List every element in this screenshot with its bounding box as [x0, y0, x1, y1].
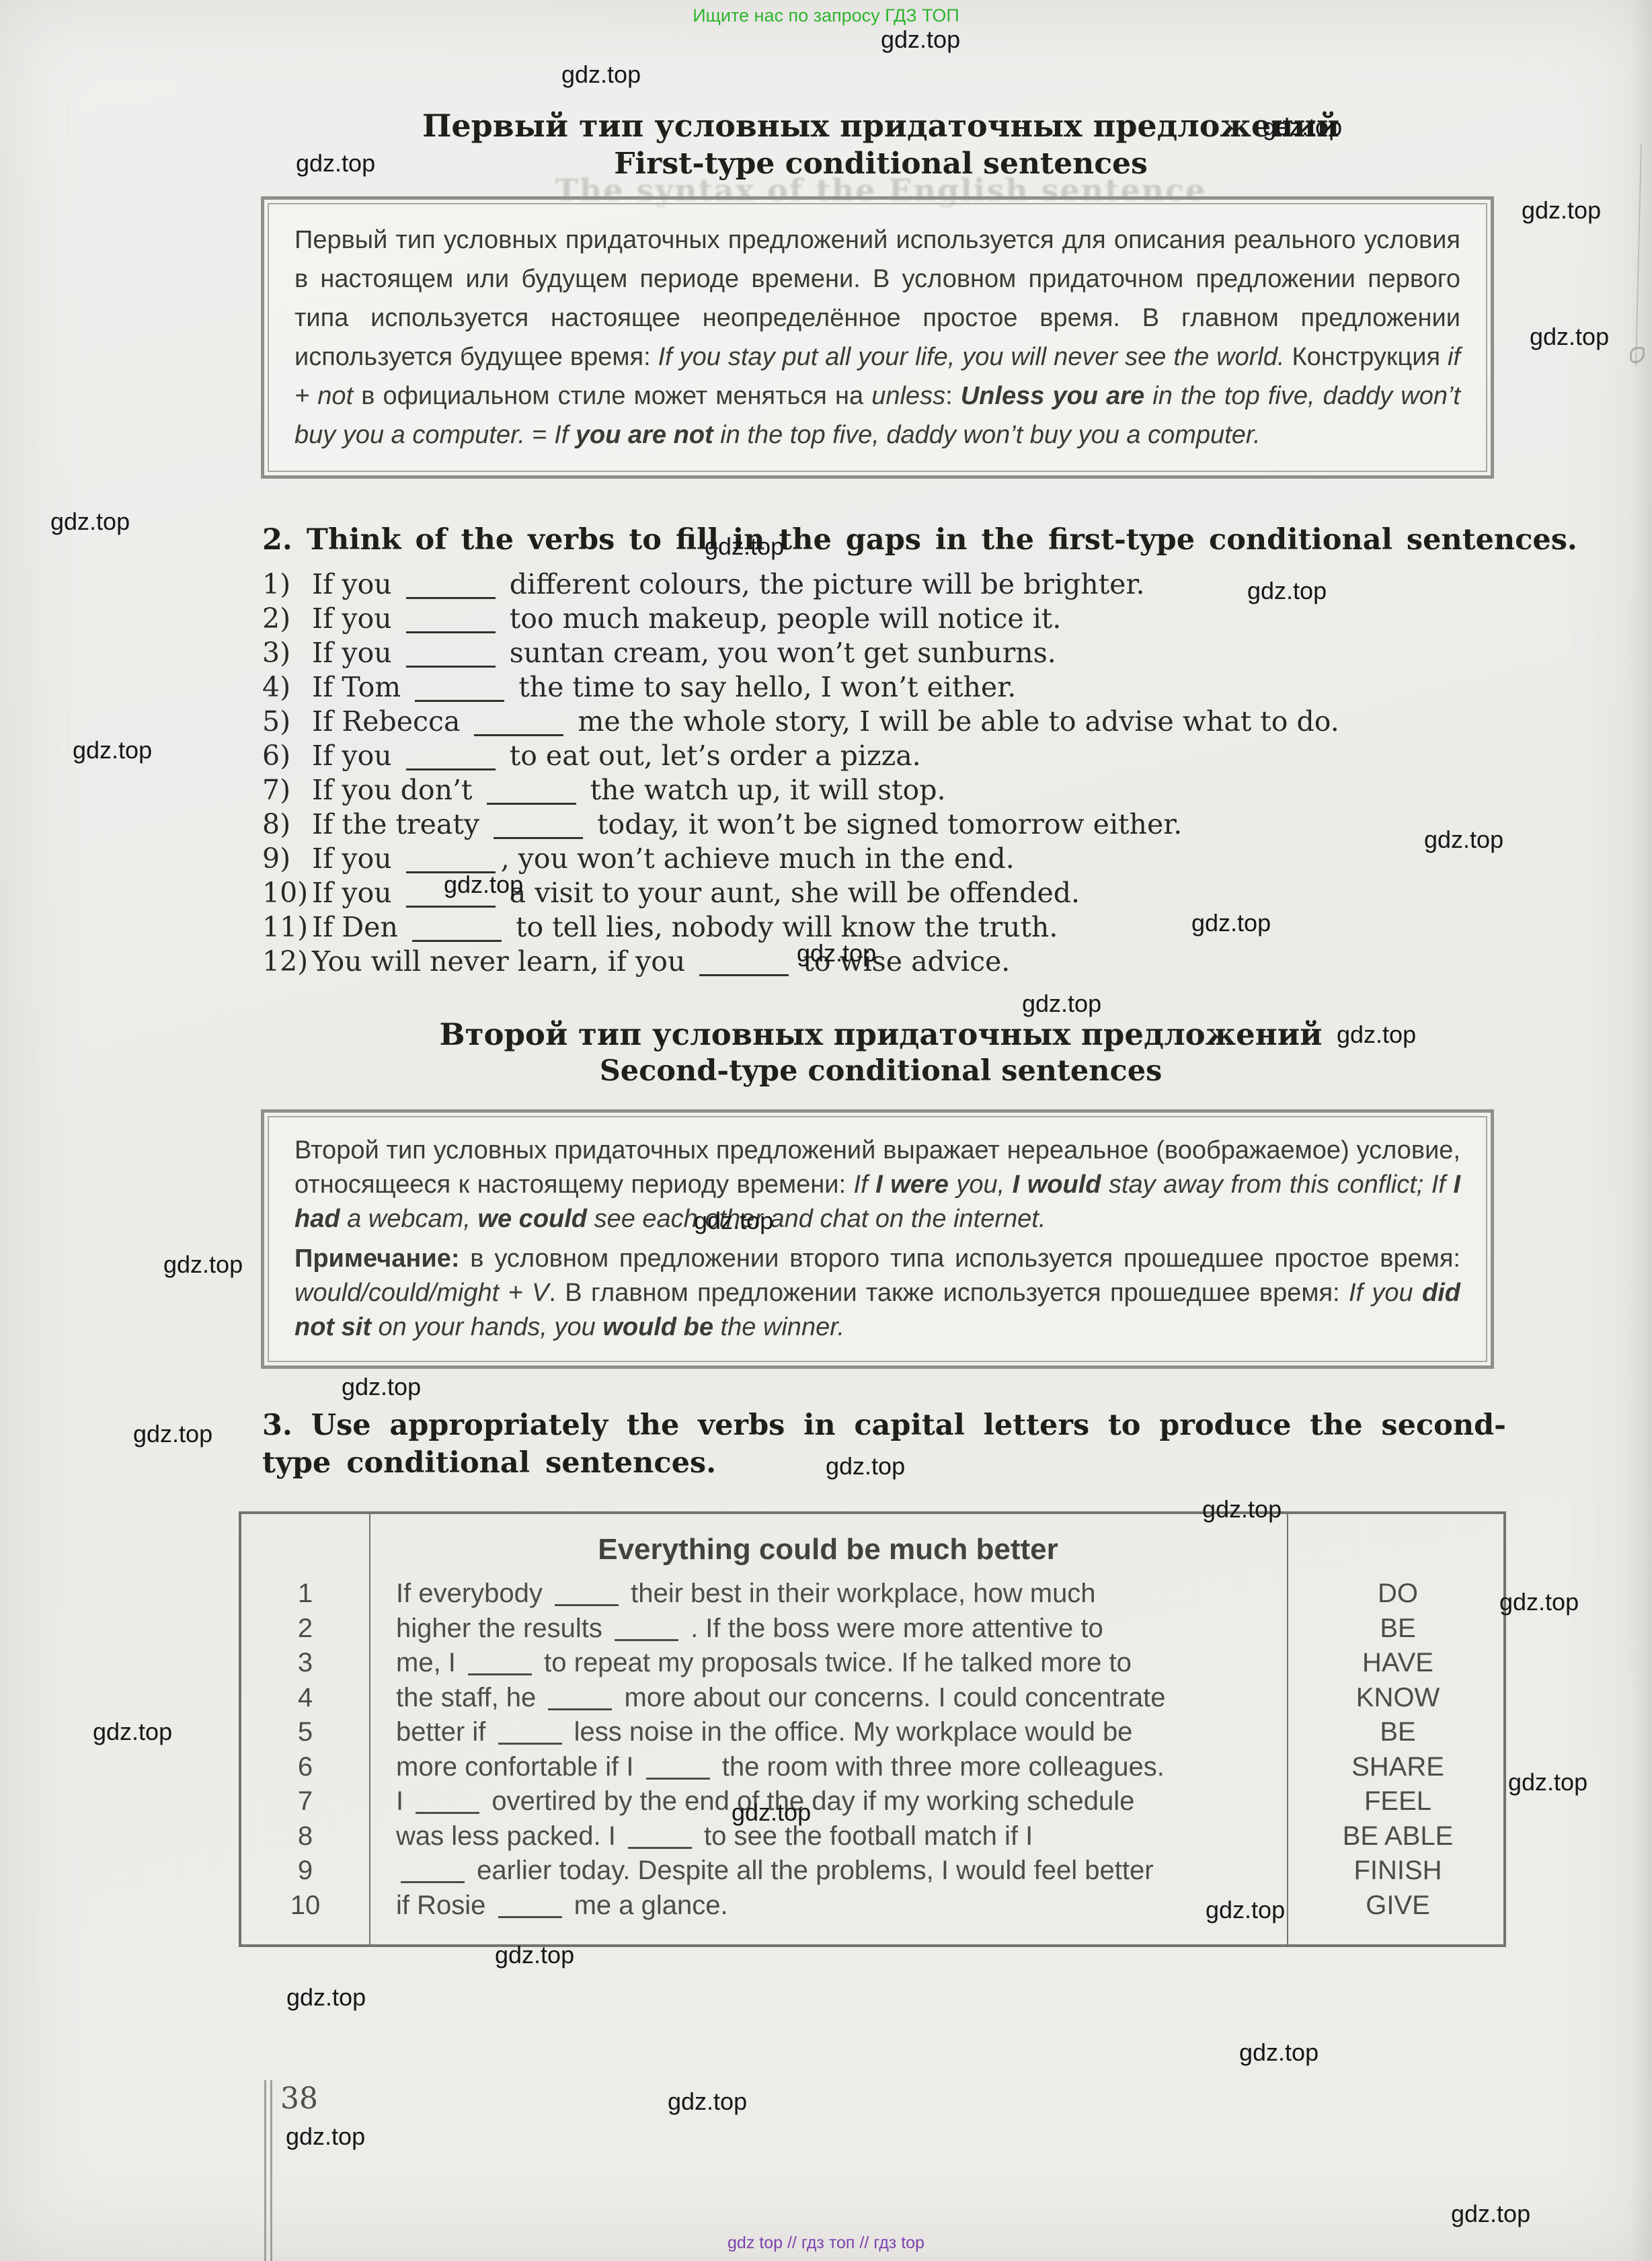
exercise2-item: 6)If you to eat out, let’s order a pizza… [262, 740, 1526, 774]
row-number: 7 [241, 1786, 369, 1817]
gap-blank [699, 970, 789, 976]
table-row: 3me, I to repeat my proposals twice. If … [241, 1648, 1503, 1683]
item-number: 1) [262, 568, 312, 600]
gap-blank [548, 1704, 612, 1710]
item-number: 5) [262, 705, 312, 738]
rule-text-segment: would/could/might + V [294, 1279, 549, 1307]
table-title: Everything could be much better [369, 1533, 1287, 1566]
gap-blank [628, 1843, 692, 1849]
rule-box-second-conditional-text: Второй тип условных придаточных предложе… [268, 1116, 1487, 1362]
exercise3-table: Everything could be much better 1If ever… [239, 1511, 1506, 1947]
gdz-watermark: gdz.top [342, 1373, 421, 1401]
rule-text-segment: If you stay put all your life, you will … [658, 343, 1285, 371]
item-text: If the treaty today, it won’t be signed … [312, 808, 1182, 840]
section1-title-russian: Первый тип условных придаточных предложе… [208, 108, 1553, 144]
gdz-watermark: gdz.top [1337, 1021, 1416, 1049]
row-verb-capital: DO [1287, 1579, 1509, 1609]
row-text: if Rosie me a glance. [369, 1891, 1287, 1921]
gdz-watermark: gdz.top [1508, 1768, 1587, 1796]
gap-blank [412, 936, 502, 942]
row-verb-capital: GIVE [1287, 1891, 1509, 1921]
exercise2-item: 2)If you too much makeup, people will no… [262, 602, 1526, 637]
row-number: 2 [241, 1614, 369, 1644]
gdz-watermark: gdz.top [1451, 2200, 1530, 2228]
row-number: 5 [241, 1717, 369, 1747]
item-text: If you don’t the watch up, it will stop. [312, 774, 946, 806]
exercise2-item: 1)If you different colours, the picture … [262, 568, 1526, 602]
table-row: 4the staff, he more about our concerns. … [241, 1683, 1503, 1718]
rule-paragraph: Второй тип условных придаточных предложе… [294, 1134, 1460, 1236]
gdz-watermark: gdz.top [444, 871, 523, 899]
page-curl-line [1635, 145, 1642, 366]
gdz-watermark: gdz.top [1247, 577, 1327, 605]
rule-text-segment: the winner. [713, 1313, 844, 1341]
gdz-watermark: gdz.top [1263, 113, 1342, 141]
rule-text-segment: stay away from this conflict; If [1101, 1171, 1453, 1199]
gap-blank [646, 1774, 710, 1780]
gdz-watermark: gdz.top [1522, 196, 1601, 225]
item-text: You will never learn, if you to wise adv… [312, 945, 1010, 978]
rule-text-segment: we could [477, 1205, 587, 1233]
gap-blank [494, 833, 583, 839]
row-verb-capital: FINISH [1287, 1856, 1509, 1886]
item-number: 9) [262, 842, 312, 875]
gap-blank [406, 593, 496, 599]
rule-text-segment: If [854, 1171, 876, 1199]
exercise2-item: 12)You will never learn, if you to wise … [262, 945, 1526, 980]
footer-watermark-text: gdz top // гдз топ // гдз top [0, 2233, 1652, 2253]
row-verb-capital: BE ABLE [1287, 1821, 1509, 1852]
gap-blank [406, 662, 496, 668]
rule-text-segment: Примечание: [294, 1244, 459, 1273]
table-row: 8was less packed. I to see the football … [241, 1821, 1503, 1856]
row-number: 8 [241, 1821, 369, 1852]
row-number: 6 [241, 1752, 369, 1782]
item-text: If you a visit to your aunt, she will be… [312, 877, 1080, 909]
gdz-watermark: gdz.top [1499, 1588, 1579, 1616]
gap-blank [615, 1635, 678, 1641]
table-row: 6more confortable if I the room with thr… [241, 1752, 1503, 1787]
rule-text-segment: Конструкция [1285, 343, 1448, 371]
gdz-watermark: gdz.top [133, 1420, 212, 1448]
gdz-watermark: gdz.top [296, 149, 375, 177]
gdz-watermark: gdz.top [1239, 2038, 1319, 2067]
table-row: 7I overtired by the end of the day if my… [241, 1786, 1503, 1821]
row-number: 1 [241, 1579, 369, 1609]
exercise2-item: 7)If you don’t the watch up, it will sto… [262, 774, 1526, 808]
gap-blank [498, 1739, 562, 1745]
gap-blank [415, 696, 504, 702]
exercise2-item: 8)If the treaty today, it won’t be signe… [262, 808, 1526, 842]
row-verb-capital: KNOW [1287, 1683, 1509, 1713]
rule-text-segment: see each other and chat on the internet. [587, 1205, 1046, 1233]
item-number: 12) [262, 945, 312, 978]
rule-box-second-conditional: Второй тип условных придаточных предложе… [261, 1109, 1494, 1369]
gap-blank [416, 1808, 479, 1814]
exercise2-heading: 2. Think of the verbs to fill in the gap… [262, 523, 1506, 557]
row-verb-capital: HAVE [1287, 1648, 1509, 1678]
exercise2-item: 11)If Den to tell lies, nobody will know… [262, 911, 1526, 945]
gap-blank [406, 902, 496, 908]
rule-text-segment: в официальном стиле может меняться на [353, 382, 871, 410]
row-verb-capital: SHARE [1287, 1752, 1509, 1782]
row-number: 10 [241, 1891, 369, 1921]
item-number: 10) [262, 877, 312, 909]
gdz-watermark: gdz.top [495, 1941, 574, 1969]
item-number: 3) [262, 637, 312, 669]
rule-text-segment: I were [875, 1171, 949, 1199]
gap-blank [401, 1877, 465, 1883]
row-text: the staff, he more about our concerns. I… [369, 1683, 1287, 1713]
gdz-watermark: gdz.top [1530, 323, 1609, 351]
row-text: me, I to repeat my proposals twice. If h… [369, 1648, 1287, 1678]
row-number: 3 [241, 1648, 369, 1678]
rule-text-segment: в условном предложении второго типа испо… [459, 1244, 1460, 1273]
rule-text-segment: Unless you are [961, 382, 1144, 410]
gdz-watermark: gdz.top [561, 61, 641, 89]
table-row: 9 earlier today. Despite all the problem… [241, 1856, 1503, 1891]
gdz-watermark: gdz.top [163, 1251, 243, 1279]
row-text: better if less noise in the office. My w… [369, 1717, 1287, 1747]
row-number: 9 [241, 1856, 369, 1886]
item-text: If you different colours, the picture wi… [312, 568, 1145, 600]
row-text: If everybody their best in their workpla… [369, 1579, 1287, 1609]
rule-text-segment: If [554, 421, 576, 449]
gdz-watermark: gdz.top [826, 1452, 905, 1480]
gdz-watermark: gdz.top [286, 2123, 365, 2151]
gap-blank [498, 1912, 562, 1918]
item-text: If you suntan cream, you won’t get sunbu… [312, 637, 1056, 669]
gdz-watermark: gdz.top [1022, 990, 1101, 1018]
gdz-watermark: gdz.top [881, 26, 960, 54]
rule-text-segment: a webcam, [340, 1205, 478, 1233]
rule-text-segment: would be [602, 1313, 713, 1341]
item-text: If Rebecca me the whole story, I will be… [312, 705, 1339, 738]
exercise2-item: 3)If you suntan cream, you won’t get sun… [262, 637, 1526, 671]
gap-blank [406, 764, 496, 770]
item-number: 11) [262, 911, 312, 943]
row-text: was less packed. I to see the football m… [369, 1821, 1287, 1852]
gdz-watermark: gdz.top [1191, 909, 1271, 937]
gdz-watermark: gdz.top [1206, 1896, 1285, 1924]
gap-blank [555, 1600, 619, 1606]
table-row: 1If everybody their best in their workpl… [241, 1579, 1503, 1614]
gdz-watermark: gdz.top [694, 1207, 773, 1235]
scanned-textbook-page: Ищите нас по запросу ГДЗ ТОП Первый тип … [0, 0, 1652, 2261]
row-text: I overtired by the end of the day if my … [369, 1786, 1287, 1817]
rule-text-segment: on your hands, you [371, 1313, 602, 1341]
gdz-watermark: gdz.top [50, 508, 130, 536]
page-scan-smudge [1630, 347, 1645, 363]
table-row: 2higher the results . If the boss were m… [241, 1614, 1503, 1649]
top-banner-text: Ищите нас по запросу ГДЗ ТОП [0, 5, 1652, 26]
item-number: 4) [262, 671, 312, 703]
item-text: If you too much makeup, people will noti… [312, 602, 1061, 635]
item-number: 6) [262, 740, 312, 772]
gdz-watermark: gdz.top [668, 2088, 747, 2116]
rule-text-segment: = [525, 421, 554, 449]
gap-blank [487, 799, 576, 805]
item-number: 8) [262, 808, 312, 840]
table-row: 5better if less noise in the office. My … [241, 1717, 1503, 1752]
rule-box-first-conditional-text: Первый тип условных придаточных предложе… [268, 203, 1487, 472]
rule-text-segment: : [945, 382, 961, 410]
section2-title-english: Second-type conditional sentences [208, 1054, 1553, 1088]
item-text: If Den to tell lies, nobody will know th… [312, 911, 1058, 943]
gdz-watermark: gdz.top [1202, 1495, 1282, 1523]
gap-blank [406, 627, 496, 633]
gap-blank [468, 1669, 532, 1675]
row-verb-capital: FEEL [1287, 1786, 1509, 1817]
exercise2-item: 5)If Rebecca me the whole story, I will … [262, 705, 1526, 740]
item-text: If Tom the time to say hello, I won’t ei… [312, 671, 1016, 703]
item-number: 7) [262, 774, 312, 806]
item-text: If you to eat out, let’s order a pizza. [312, 740, 921, 772]
page-number: 38 [280, 2081, 318, 2116]
item-number: 2) [262, 602, 312, 635]
row-text: higher the results . If the boss were mo… [369, 1614, 1287, 1644]
rule-text-segment: If you [1349, 1279, 1422, 1307]
gdz-watermark: gdz.top [73, 736, 152, 764]
gdz-watermark: gdz.top [797, 939, 876, 967]
row-number: 4 [241, 1683, 369, 1713]
table-rows: 1If everybody their best in their workpl… [241, 1579, 1503, 1925]
row-verb-capital: BE [1287, 1614, 1509, 1644]
gdz-watermark: gdz.top [93, 1718, 172, 1746]
table-row: 10if Rosie me a glance.GIVE [241, 1891, 1503, 1926]
gdz-watermark: gdz.top [286, 1983, 366, 2012]
gdz-watermark: gdz.top [705, 532, 784, 561]
rule-text-segment: . В главном предложении также использует… [549, 1279, 1349, 1307]
rule-text-segment: you are not [576, 421, 713, 449]
exercise2-item: 4)If Tom the time to say hello, I won’t … [262, 671, 1526, 705]
rule-text-segment: you, [949, 1171, 1013, 1199]
rule-box-first-conditional: Первый тип условных придаточных предложе… [261, 196, 1494, 479]
rule-text-segment: I would [1013, 1171, 1101, 1199]
rule-text-segment: unless [871, 382, 945, 410]
row-text: earlier today. Despite all the problems,… [369, 1856, 1287, 1886]
exercise2-item-list: 1)If you different colours, the picture … [262, 568, 1526, 980]
item-text: If you , you won’t achieve much in the e… [312, 842, 1015, 875]
gap-blank [474, 730, 563, 736]
rule-text-segment: in the top five, daddy won’t buy you a c… [713, 421, 1261, 449]
gdz-watermark: gdz.top [732, 1798, 811, 1827]
gdz-watermark: gdz.top [1424, 826, 1503, 854]
rule-note-paragraph: Примечание: в условном предложении второ… [294, 1242, 1460, 1345]
row-text: more confortable if I the room with thre… [369, 1752, 1287, 1782]
row-verb-capital: BE [1287, 1717, 1509, 1747]
